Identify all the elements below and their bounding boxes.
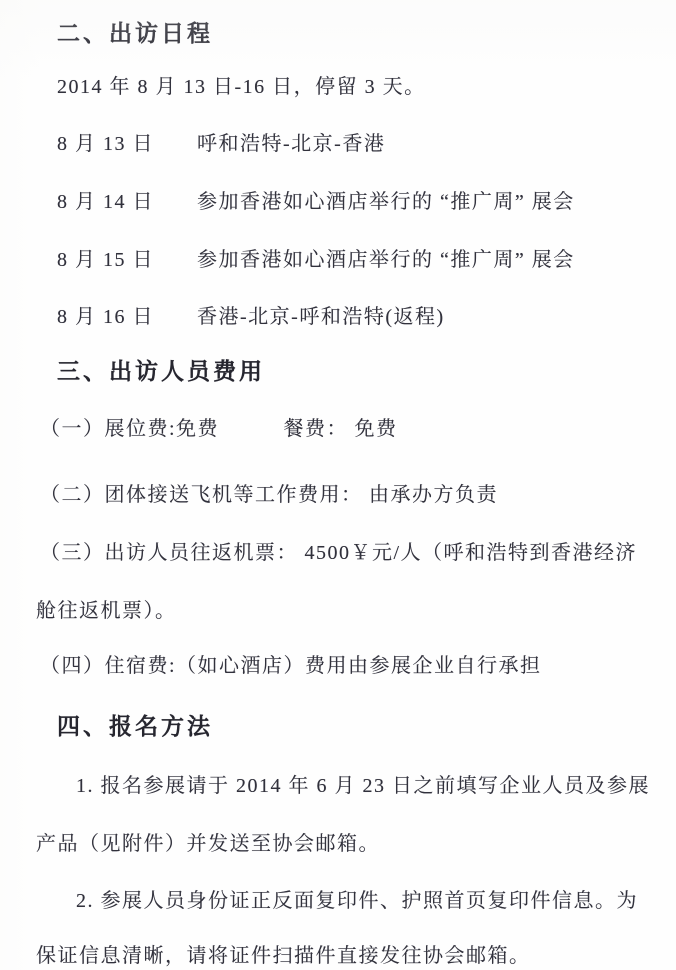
cost-item-round-trip-ticket-line2: 舱往返机票）。	[36, 594, 177, 623]
section-heading-personnel-costs: 三、出访人员费用	[57, 353, 265, 386]
itinerary-aug-15: 8 月 15 日 参加香港如心酒店举行的 “推广周” 展会	[57, 243, 575, 272]
registration-step-2-line2: 保证信息清晰，请将证件扫描件直接发往协会邮箱。	[36, 939, 531, 968]
document-page: 二、出访日程 2014 年 8 月 13 日-16 日，停留 3 天。 8 月 …	[0, 0, 676, 970]
registration-step-1-line1: 1. 报名参展请于 2014 年 6 月 23 日之前填写企业人员及参展	[76, 769, 650, 798]
section-heading-registration-method: 四、报名方法	[57, 708, 213, 741]
itinerary-aug-16: 8 月 16 日 香港-北京-呼和浩特(返程)	[57, 300, 445, 329]
paragraph-trip-dates: 2014 年 8 月 13 日-16 日，停留 3 天。	[57, 70, 426, 99]
itinerary-aug-14: 8 月 14 日 参加香港如心酒店举行的 “推广周” 展会	[57, 185, 575, 214]
cost-item-accommodation-fee: （四）住宿费:（如心酒店）费用由参展企业自行承担	[40, 649, 542, 678]
itinerary-aug-13: 8 月 13 日 呼和浩特-北京-香港	[57, 127, 385, 156]
cost-item-round-trip-ticket-line1: （三）出访人员往返机票： 4500￥元/人（呼和浩特到香港经济	[40, 536, 637, 565]
registration-step-1-line2: 产品（见附件）并发送至协会邮箱。	[36, 827, 380, 856]
cost-item-booth-and-meal-fee: （一）展位费:免费 餐费： 免费	[40, 412, 398, 441]
section-heading-trip-schedule: 二、出访日程	[57, 15, 213, 48]
registration-step-2-line1: 2. 参展人员身份证正反面复印件、护照首页复印件信息。为	[76, 884, 638, 913]
cost-item-group-transfer-fee: （二）团体接送飞机等工作费用： 由承办方负责	[40, 478, 498, 507]
